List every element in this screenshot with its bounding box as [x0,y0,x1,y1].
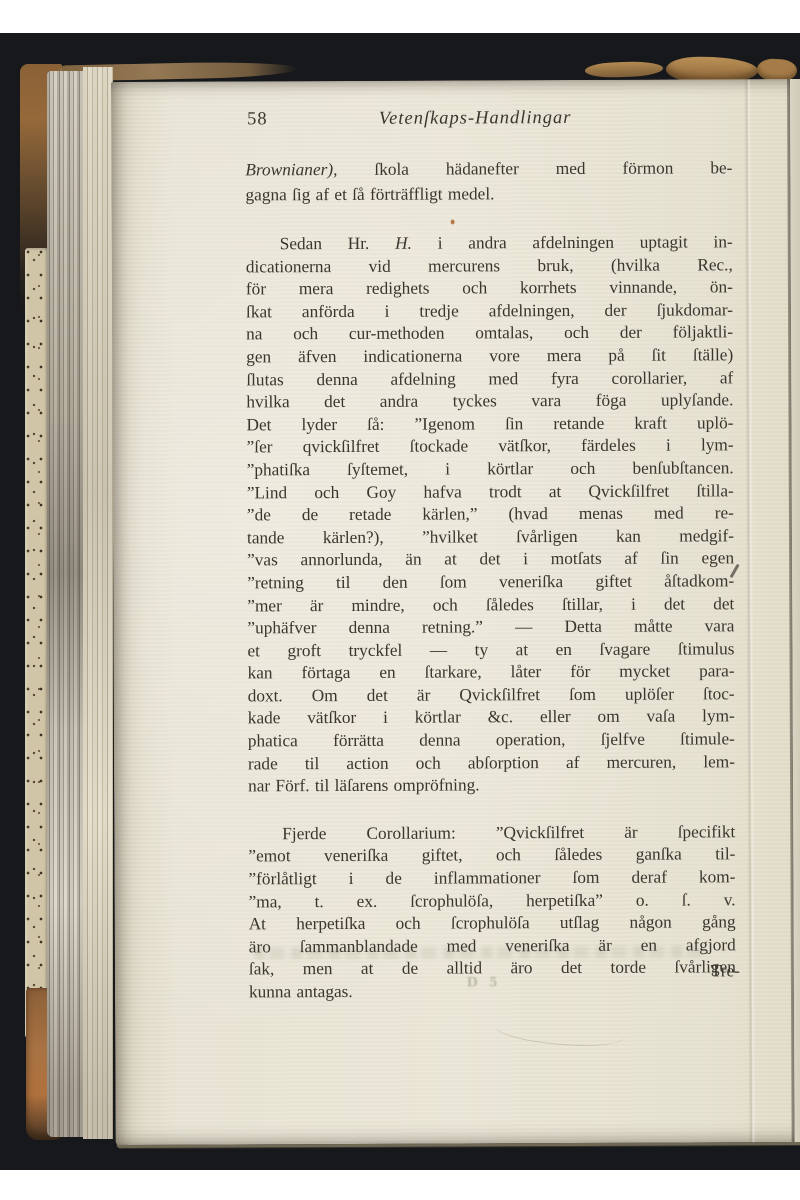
text-line: för mera redighets och korrhets vinnande… [246,276,733,301]
text-line: hvilka det andra tyckes vara föga uplyſa… [246,389,733,414]
text-line: kan förtaga en ſtarkare, låter för mycke… [248,661,735,686]
text-line: Sedan Hr. H. i andra afdelningen uptagit… [246,231,733,256]
text-line: At herpetiſka och ſcrophulöſa utſlag någ… [249,912,736,937]
text-line: kade vätſkor i körtlar &c. eller om vaſa… [248,706,735,731]
text-segment: ”retning til den ſom veneriſka giftet åſ… [247,571,734,592]
text-segment: et groft tryckfel — ty at en ſvagare ſti… [247,639,734,660]
photo-background: D 5 58 Vetenſkaps-Handlingar Brownianer)… [0,33,800,1170]
text-block: 58 Vetenſkaps-Handlingar Brownianer), ſk… [245,107,736,1004]
text-line: tande kärlen?), ”hvilket ſvårligen kan m… [247,525,734,550]
text-segment: ”uphäfver denna retning.” — Detta måtte … [247,616,734,637]
text-line: Fjerde Corollarium: ”Qvickſilfret är ſpe… [248,821,735,846]
text-line: ”de de retade kärlen,” (hvad menas med r… [247,502,734,527]
italic-text-segment: H. [395,234,412,253]
text-segment: ſak, men at de alltid äro det torde ſvår… [249,958,736,979]
paragraph: Brownianer), ſkola hädanefter med förmon… [245,155,732,207]
text-line: ”förlåtligt i de inflammationer ſom dera… [248,866,735,891]
text-line: Brownianer), ſkola hädanefter med förmon… [245,155,732,182]
text-line: ”phatiſka ſyſtemet, i körtlar och benſub… [247,457,734,482]
paragraph: Sedan Hr. H. i andra afdelningen uptagit… [246,231,735,798]
text-segment: phatica förrätta denna operation, ſjelfv… [248,729,735,750]
torn-edge-fragment [585,61,663,79]
text-segment: kunna antagas. [249,982,353,1001]
page-edge-stack-outer [47,71,85,1137]
text-line: dicationerna vid mercurens bruk, (hvilka… [246,254,733,279]
text-line: et groft tryckfel — ty at en ſvagare ſti… [247,638,734,663]
text-segment: tande kärlen?), ”hvilket ſvårligen kan m… [247,526,734,547]
text-line: nar Förf. til läſarens ompröfning. [248,774,735,799]
text-segment: ”phatiſka ſyſtemet, i körtlar och benſub… [247,458,734,479]
text-segment: ſkat anförda i tredje afdelningen, der ſ… [246,300,733,321]
text-segment: rade til action och abſorption af mercur… [248,752,735,773]
text-line: ”uphäfver denna retning.” — Detta måtte … [247,615,734,640]
text-segment: äro ſammanblandade med veneriſka är en a… [249,935,736,956]
text-segment: Fjerde Corollarium: ”Qvickſilfret är ſpe… [282,822,735,843]
text-segment: nar Förf. til läſarens ompröfning. [248,776,480,796]
text-segment: gagna ſig af et ſå förträffligt medel. [245,184,494,204]
text-line: Det lyder ſå: ”Igenom ſin retande kraft … [246,412,733,437]
text-segment: ”ſer qvickſilfret ſtockade vätſkor, färd… [247,436,734,457]
text-line: ”mer är mindre, och ſåledes ſtillar, i d… [247,593,734,618]
text-segment: ſkola hädanefter med förmon be- [337,158,732,179]
text-segment: ”förlåtligt i de inflammationer ſom dera… [248,867,735,888]
page-edge-stack-inner [83,67,113,1139]
text-line: ”vas annorlunda, än at det i motſats af … [247,548,734,573]
text-line: rade til action och abſorption af mercur… [248,751,735,776]
text-segment: i andra afdelningen uptagit in- [412,232,733,252]
text-line: ”Lind och Goy hafva trodt at Qvickſilfre… [247,480,734,505]
text-segment: för mera redighets och korrhets vinnande… [246,277,733,298]
catchword: Tre- [711,961,740,981]
text-segment: Det lyder ſå: ”Igenom ſin retande kraft … [246,413,733,434]
page-crease-line [744,79,756,1142]
text-line: doxt. Om det är Qvickſilfret ſom uplöſer… [248,683,735,708]
text-line: ”ma, t. ex. ſcrophulöſa, herpetiſka” o. … [249,889,736,914]
text-line: na och cur-methoden omtalas, och der föl… [246,322,733,347]
scanned-book-page: D 5 58 Vetenſkaps-Handlingar Brownianer)… [111,79,800,1145]
text-segment: ”Lind och Goy hafva trodt at Qvickſilfre… [247,481,734,502]
text-line: ſlutas denna afdelning med fyra corollar… [246,367,733,392]
text-line: ſak, men at de alltid äro det torde ſvår… [249,957,736,982]
foxed-page-edge [25,248,49,1038]
page-number: 58 [247,109,268,130]
text-segment: Sedan Hr. [280,234,395,254]
text-segment: kade vätſkor i körtlar &c. eller om vaſa… [248,707,735,728]
text-segment: hvilka det andra tyckes vara föga uplyſa… [246,390,733,411]
text-line: phatica förrätta denna operation, ſjelfv… [248,728,735,753]
paper-fold-mark [494,1011,626,1053]
text-segment: At herpetiſka och ſcrophulöſa utſlag någ… [249,913,736,934]
running-title: Vetenſkaps-Handlingar [379,108,572,130]
text-segment: dicationerna vid mercurens bruk, (hvilka… [246,255,733,276]
text-line: ”ſer qvickſilfret ſtockade vätſkor, färd… [247,435,734,460]
text-line: kunna antagas. [249,979,736,1004]
paragraph: Fjerde Corollarium: ”Qvickſilfret är ſpe… [248,821,736,1004]
text-segment: ”emot veneriſka giftet, och ſåledes ganſ… [248,845,735,866]
text-segment: ſlutas denna afdelning med fyra corollar… [246,368,733,389]
text-segment: gen äfven indicationerna vore mera på ſi… [246,345,733,366]
page-header: 58 Vetenſkaps-Handlingar [245,107,732,135]
text-line: gagna ſig af et ſå förträffligt medel. [245,180,732,207]
italic-text-segment: Brownianer), [245,160,337,179]
text-line: gen äfven indicationerna vore mera på ſi… [246,344,733,369]
text-segment: ”de de retade kärlen,” (hvad menas med r… [247,503,734,524]
text-line: ſkat anförda i tredje afdelningen, der ſ… [246,299,733,324]
text-line: äro ſammanblandade med veneriſka är en a… [249,934,736,959]
text-segment: na och cur-methoden omtalas, och der föl… [246,323,733,344]
text-segment: kan förtaga en ſtarkare, låter för mycke… [248,662,735,683]
text-segment: doxt. Om det är Qvickſilfret ſom uplöſer… [248,684,735,705]
text-segment: ”mer är mindre, och ſåledes ſtillar, i d… [247,594,734,615]
text-line: ”emot veneriſka giftet, och ſåledes ganſ… [248,844,735,869]
text-segment: ”vas annorlunda, än at det i motſats af … [247,549,734,570]
text-segment: ”ma, t. ex. ſcrophulöſa, herpetiſka” o. … [249,890,736,911]
text-line: ”retning til den ſom veneriſka giftet åſ… [247,570,734,595]
